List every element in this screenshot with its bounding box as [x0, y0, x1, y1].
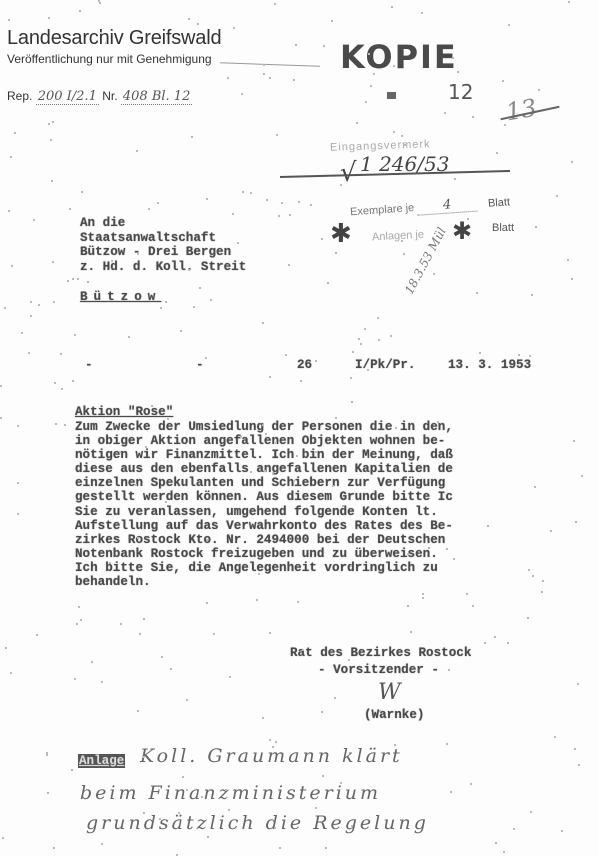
- reference-dash: -: [196, 358, 204, 372]
- rep-value: 200 I/2.1: [36, 89, 99, 105]
- address-line: An die: [80, 216, 246, 231]
- stamp-number: 12: [448, 80, 473, 104]
- divider-line: [220, 62, 320, 66]
- body-line: Aufstellung auf das Verwahrkonto des Rat…: [75, 519, 585, 533]
- handwritten-note-line: Koll. Graumann klärt: [140, 745, 403, 767]
- sheet-label: Blatt: [488, 196, 511, 210]
- handwritten-note-line: grundsätzlich die Regelung: [86, 812, 429, 834]
- recipient-address: An die Staatsanwaltschaft Bützow - Drei …: [80, 216, 246, 274]
- letter-body: Zum Zwecke der Umsiedlung der Personen d…: [75, 420, 585, 589]
- archive-name: Landesarchiv Greifswald: [7, 27, 221, 50]
- annotation-label: Anlage: [78, 754, 125, 768]
- body-line: behandeln.: [75, 575, 585, 589]
- stamp-mark: [387, 92, 396, 99]
- body-line: zirkes Rostock Kto. Nr. 2494000 bei der …: [75, 533, 585, 547]
- address-line: Staatsanwaltschaft: [80, 231, 246, 246]
- body-line: diese aus den ebenfalls angefallenen Kap…: [75, 462, 585, 476]
- copy-stamp: KOPIE: [340, 38, 458, 76]
- signature-organization: Rat des Bezirkes Rostock: [290, 646, 471, 660]
- nr-value: 408 Bl. 12: [121, 89, 192, 105]
- body-line: Sie zu veranlassen, umgehend folgende Ko…: [75, 505, 585, 519]
- letter-date: 13. 3. 1953: [448, 358, 531, 372]
- body-line: Ich bitte Sie, die Angelegenheit vordrin…: [75, 561, 585, 575]
- body-line: gestellt werden können. Aus diesem Grund…: [75, 490, 585, 504]
- copies-label: Exemplare je: [350, 202, 415, 218]
- address-line: z. Hd. d. Koll. Streit: [80, 260, 246, 275]
- letter-subject: Aktion "Rose": [75, 405, 173, 419]
- strike-star-icon: ✱: [452, 217, 472, 246]
- strike-star-icon: ✱: [330, 218, 352, 249]
- body-line: in obiger Aktion angefallenen Objekten w…: [75, 434, 585, 448]
- archive-reference: Rep. 200 I/2.1 Nr. 408 Bl. 12: [7, 89, 192, 105]
- signature-initial: W: [378, 680, 401, 705]
- reference-dash: -: [85, 358, 93, 372]
- body-line: nötigen wir Finanzmittel. Ich bin der Me…: [75, 448, 585, 462]
- reference-number: 26: [297, 358, 312, 372]
- copies-value: 4: [417, 196, 478, 216]
- folio-number: 13: [504, 94, 539, 127]
- archive-notice: Veröffentlichung nur mit Genehmigung: [7, 52, 212, 66]
- signature-name: (Warnke): [364, 708, 424, 722]
- body-line: einzelnen Spekulanten und Schiebern zur …: [75, 476, 585, 490]
- signature-title: - Vorsitzender -: [318, 663, 439, 677]
- body-line: Notenbank Rostock freizugeben und zu übe…: [75, 547, 585, 561]
- address-line: Bützow - Drei Bergen: [80, 245, 246, 260]
- handwritten-note-line: beim Finanzministerium: [80, 782, 381, 804]
- checkmark-icon: √: [340, 158, 357, 188]
- recipient-city: Bützow: [80, 290, 161, 304]
- body-line: Zum Zwecke der Umsiedlung der Personen d…: [75, 420, 585, 434]
- second-sheet-label: Blatt: [492, 222, 514, 234]
- rep-label: Rep.: [7, 89, 32, 103]
- reference-code: I/Pk/Pr.: [355, 358, 415, 372]
- second-row-label: Anlagen je: [372, 229, 425, 244]
- nr-label: Nr.: [102, 89, 117, 103]
